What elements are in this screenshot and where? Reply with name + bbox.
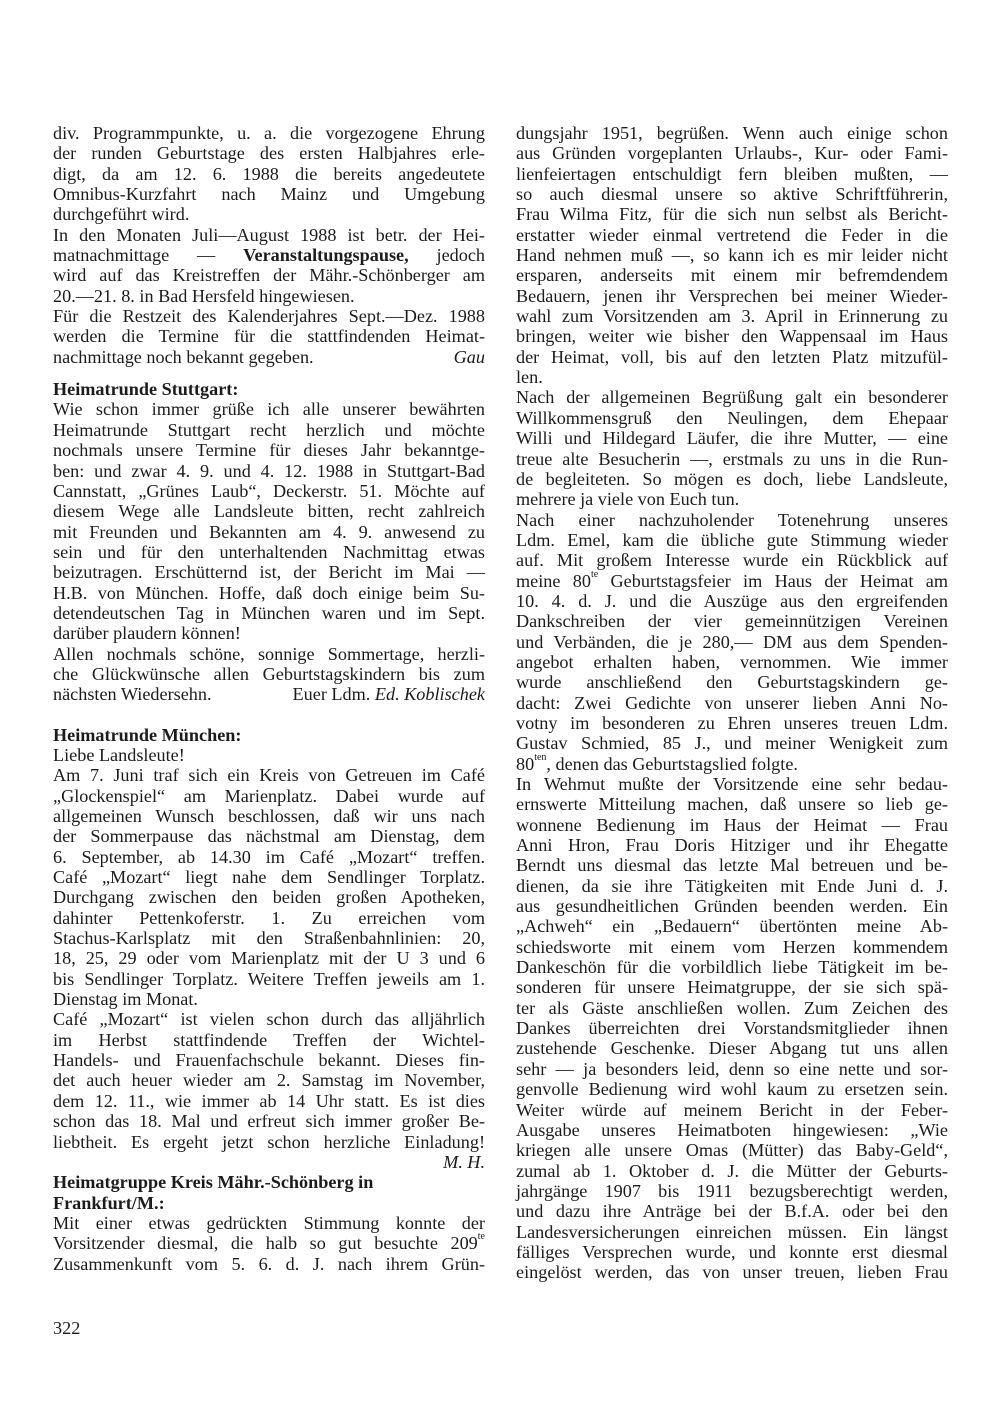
text-line: Cannstatt, „Grünes Laub“, Deckerstr. 51.… xyxy=(53,481,485,501)
text-line: wahl zum Vorsitzenden am 3. April in Eri… xyxy=(516,306,948,326)
text-line: im Herbst stattfindende Treffen der Wich… xyxy=(53,1030,485,1050)
text-line: Bedauern, jenen ihr Versprechen bei mein… xyxy=(516,286,948,306)
text-line: wurde anschließend den Geburtstagskinder… xyxy=(516,672,948,692)
text-line: In den Monaten Juli—August 1988 ist betr… xyxy=(53,225,485,245)
text-line: Heimatrunde Stuttgart recht herzlich und… xyxy=(53,420,485,440)
text-line: auf. Mit großem Interesse wurde ein Rück… xyxy=(516,550,948,570)
closing-text: Euer Ldm. xyxy=(293,684,371,704)
section-gap xyxy=(53,705,485,725)
text-line: schiedsworte mit einem vom Herzen kommen… xyxy=(516,937,948,957)
superscript: te xyxy=(478,1231,485,1242)
text-line: nachmittage noch bekannt gegeben. xyxy=(53,347,314,367)
text-line: Am 7. Juni traf sich ein Kreis von Getre… xyxy=(53,765,485,785)
text-line: sehr — ja besonders leid, denn so eine n… xyxy=(516,1059,948,1079)
text-line: Wie schon immer grüße ich alle unserer b… xyxy=(53,399,485,419)
text-line: mehrere ja viele von Euch tun. xyxy=(516,489,948,509)
page-number: 322 xyxy=(53,1318,80,1339)
text-line: wonnene Bedienung im Haus der Heimat — F… xyxy=(516,815,948,835)
text-line: ernswerte Mitteilung machen, daß unsere … xyxy=(516,794,948,814)
text-line: Für die Restzeit des Kalenderjahres Sept… xyxy=(53,306,485,326)
text-line: votny im besonderen zu Ehren unseres tre… xyxy=(516,713,948,733)
text-line: Nach einer nachzuholender Totenehrung un… xyxy=(516,510,948,530)
text-line: der runden Geburtstage des ersten Halbja… xyxy=(53,143,485,163)
text-line: matnachmittage — Veranstaltungspause, je… xyxy=(53,245,485,265)
text-line: Gustav Schmied, 85 J., und meiner Wenigk… xyxy=(516,733,948,753)
text-line: 18, 25, 29 oder vom Marienplatz mit der … xyxy=(53,948,485,968)
text-line: Mit einer etwas gedrückten Stimmung konn… xyxy=(53,1213,485,1233)
text-fragment: meine 80 xyxy=(516,571,591,591)
text-line: dacht: Zwei Gedichte von unserer lieben … xyxy=(516,693,948,713)
text-line: diesem Wege alle Landsleute bitten, rech… xyxy=(53,501,485,521)
text-line: der Sommerpause das nächstmal am Diensta… xyxy=(53,826,485,846)
text-line: Hand nehmen muß —, so kann ich es mir le… xyxy=(516,245,948,265)
emphasis-veranstaltungspause: Veranstaltungspause, xyxy=(243,245,409,265)
text-fragment: matnachmittage — xyxy=(53,245,243,265)
text-line: nochmals unsere Termine für dieses Jahr … xyxy=(53,440,485,460)
text-line: ersparen, anderseits mit einem mir befre… xyxy=(516,265,948,285)
text-line: eingelöst werden, das von unser treuen, … xyxy=(516,1262,948,1282)
text-line: ben: und zwar 4. 9. und 4. 12. 1988 in S… xyxy=(53,461,485,481)
text-line: 80ten, denen das Geburtstagslied folgte. xyxy=(516,754,948,774)
text-line: werden die Termine für die stattfindende… xyxy=(53,326,485,346)
section-gap xyxy=(53,367,485,379)
text-line: dienen, da sie ihre Tätigkeiten mit Ende… xyxy=(516,876,948,896)
text-line: Ldm. Emel, kam die übliche gute Stimmung… xyxy=(516,530,948,550)
section-heading-frankfurt-line1: Heimatgruppe Kreis Mähr.-Schönberg in xyxy=(53,1172,485,1192)
closing-signature: Euer Ldm. Ed. Koblischek xyxy=(293,684,485,704)
text-line: meine 80te Geburtstagsfeier im Haus der … xyxy=(516,571,948,591)
text-line: Willi und Hildegard Läufer, die ihre Mut… xyxy=(516,428,948,448)
text-line: schon das 18. Mal und erfreut sich immer… xyxy=(53,1111,485,1131)
text-line: und Verbänden, die je 280,— DM aus dem S… xyxy=(516,632,948,652)
muenchen-section: Heimatrunde München: Liebe Landsleute! A… xyxy=(53,725,485,1173)
section-heading-stuttgart: Heimatrunde Stuttgart: xyxy=(53,379,485,399)
text-line: darüber plaudern können! xyxy=(53,623,485,643)
signature-mh: M. H. xyxy=(53,1152,485,1172)
text-line: so auch diesmal unsere so aktive Schrift… xyxy=(516,184,948,204)
text-line: Dienstag im Monat. xyxy=(53,989,485,1009)
text-line: zustehende Geschenke. Dieser Abgang tut … xyxy=(516,1038,948,1058)
text-line: bis Sendlinger Torplatz. Weitere Treffen… xyxy=(53,969,485,989)
text-line: Frau Wilma Fitz, für die sich nun selbst… xyxy=(516,204,948,224)
text-line: 20.—21. 8. in Bad Hersfeld hingewiesen. xyxy=(53,286,485,306)
text-line: nächsten Wiedersehn. xyxy=(53,684,212,704)
text-line: Berndt uns diesmal das letzte Mal betreu… xyxy=(516,855,948,875)
text-line: genvolle Bedienung wird wohl kaum zu ers… xyxy=(516,1079,948,1099)
text-line: Nach der allgemeinen Begrüßung galt ein … xyxy=(516,387,948,407)
text-line: div. Programmpunkte, u. a. die vorgezoge… xyxy=(53,123,485,143)
text-fragment: , denen das Geburtstagslied folgte. xyxy=(546,754,798,774)
text-line: Omnibus-Kurzfahrt nach Mainz und Umgebun… xyxy=(53,184,485,204)
text-line: detendeutschen Tag in München waren und … xyxy=(53,603,485,623)
text-line: fälliges Versprechen wurde, und konnte e… xyxy=(516,1242,948,1262)
text-line: Ausgabe unseres Heimatboten hingewiesen:… xyxy=(516,1120,948,1140)
text-line: Durchgang zwischen den beiden großen Apo… xyxy=(53,887,485,907)
stuttgart-closing-row: nächsten Wiedersehn. Euer Ldm. Ed. Kobli… xyxy=(53,684,485,704)
text-line: det auch heuer wieder am 2. Samstag im N… xyxy=(53,1070,485,1090)
text-line: H.B. von München. Hoffe, daß doch einige… xyxy=(53,583,485,603)
text-line: Weiter würde auf meinem Bericht in der F… xyxy=(516,1100,948,1120)
text-fragment: Vorsitzender diesmal, die halb so gut be… xyxy=(53,1233,478,1253)
superscript: te xyxy=(591,569,598,580)
text-line: ter als Gäste anschließen wollen. Zum Ze… xyxy=(516,998,948,1018)
text-line: Liebe Landsleute! xyxy=(53,745,485,765)
text-line: In Wehmut mußte der Vorsitzende eine seh… xyxy=(516,774,948,794)
text-line: Zusammenkunft vom 5. 6. d. J. nach ihrem… xyxy=(53,1254,485,1274)
text-line: „Achweh“ ein „Bedauern“ übertönten meine… xyxy=(516,916,948,936)
text-line: Vorsitzender diesmal, die halb so gut be… xyxy=(53,1233,485,1253)
text-line: Café „Mozart“ liegt nahe dem Sendlinger … xyxy=(53,867,485,887)
text-line: Anni Hron, Frau Doris Hitziger und ihr E… xyxy=(516,835,948,855)
text-line: 6. September, ab 14.30 im Café „Mozart“ … xyxy=(53,847,485,867)
text-line: Dankes überreichten drei Vorstandsmitgli… xyxy=(516,1018,948,1038)
text-line: bringen, weiter wie bisher den Wappensaa… xyxy=(516,326,948,346)
text-line: len. xyxy=(516,367,948,387)
text-line: sein und für den unterhaltenden Nachmitt… xyxy=(53,542,485,562)
right-column: dungsjahr 1951, begrüßen. Wenn auch eini… xyxy=(516,123,948,1283)
signature-gau: Gau xyxy=(454,347,485,367)
text-line: dem 12. 11., wie immer ab 14 Uhr statt. … xyxy=(53,1091,485,1111)
stuttgart-section: Heimatrunde Stuttgart: Wie schon immer g… xyxy=(53,379,485,705)
intro-closing-row: nachmittage noch bekannt gegeben. Gau xyxy=(53,347,485,367)
text-line: und dazu ihre Anträge bei der B.f.A. ode… xyxy=(516,1201,948,1221)
text-line: de begleiteten. So mögen es doch, liebe … xyxy=(516,469,948,489)
text-line: dungsjahr 1951, begrüßen. Wenn auch eini… xyxy=(516,123,948,143)
text-line: sonderen für unsere Heimatgruppe, der si… xyxy=(516,977,948,997)
text-line: 10. 4. d. J. und die Auszüge aus den erg… xyxy=(516,591,948,611)
text-line: durchgeführt wird. xyxy=(53,204,485,224)
text-line: Landesversicherungen einreichen müssen. … xyxy=(516,1222,948,1242)
text-line: aus gesundheitlichen Gründen beenden wer… xyxy=(516,896,948,916)
text-line: kriegen alle unsere Omas (Mütter) das Ba… xyxy=(516,1140,948,1160)
text-line: „Glockenspiel“ am Marienplatz. Dabei wur… xyxy=(53,786,485,806)
text-line: Dankschreiben der vier gemeinnützigen Ve… xyxy=(516,611,948,631)
text-line: allgemeinen Wunsch beschlossen, daß wir … xyxy=(53,806,485,826)
text-line: che Glückwünsche allen Geburtstagskinder… xyxy=(53,664,485,684)
text-line: jahrgänge 1907 bis 1911 bezugsberechtigt… xyxy=(516,1181,948,1201)
text-line: zumal ab 1. Oktober d. J. die Mütter der… xyxy=(516,1161,948,1181)
text-line: angebot erhalten haben, vernommen. Wie i… xyxy=(516,652,948,672)
text-fragment: 80 xyxy=(516,754,534,774)
text-line: aus Gründen vorgeplanten Urlaubs-, Kur- … xyxy=(516,143,948,163)
text-fragment: jedoch xyxy=(409,245,485,265)
text-line: Dankeschön für die vorbildlich liebe Tät… xyxy=(516,957,948,977)
left-column: div. Programmpunkte, u. a. die vorgezoge… xyxy=(53,123,485,1274)
text-line: Handels- und Frauenfachschule bekannt. D… xyxy=(53,1050,485,1070)
intro-section: div. Programmpunkte, u. a. die vorgezoge… xyxy=(53,123,485,367)
text-line: Stachus-Karlsplatz mit den Straßenbahnli… xyxy=(53,928,485,948)
text-fragment: Geburtstagsfeier im Haus der Heimat am xyxy=(598,571,948,591)
superscript: ten xyxy=(534,752,546,763)
frankfurt-section: Heimatgruppe Kreis Mähr.-Schönberg in Fr… xyxy=(53,1172,485,1274)
text-line: treue alte Besucherin —, erstmals zu uns… xyxy=(516,449,948,469)
section-heading-muenchen: Heimatrunde München: xyxy=(53,725,485,745)
text-line: mit Freunden und Bekannten am 4. 9. anwe… xyxy=(53,522,485,542)
text-line: Café „Mozart“ ist vielen schon durch das… xyxy=(53,1009,485,1029)
text-line: lienfeiertagen entschuldigt fern bleiben… xyxy=(516,164,948,184)
text-line: liebtheit. Es ergeht jetzt schon herzlic… xyxy=(53,1132,485,1152)
section-heading-frankfurt-line2: Frankfurt/M.: xyxy=(53,1193,485,1213)
text-line: dahinter Pettenkoferstr. 1. Zu erreichen… xyxy=(53,908,485,928)
text-line: wird auf das Kreistreffen der Mähr.-Schö… xyxy=(53,265,485,285)
text-line: Allen nochmals schöne, sonnige Sommertag… xyxy=(53,644,485,664)
text-line: erstatter wieder einmal vertretend die F… xyxy=(516,225,948,245)
text-line: digt, da am 12. 6. 1988 die bereits ange… xyxy=(53,164,485,184)
text-line: Willkommensgruß den Neulingen, dem Ehepa… xyxy=(516,408,948,428)
signature-koblischek: Ed. Koblischek xyxy=(375,684,485,704)
text-line: der Heimat, voll, bis auf den letzten Pl… xyxy=(516,347,948,367)
text-line: beizutragen. Erschütternd ist, der Beric… xyxy=(53,562,485,582)
